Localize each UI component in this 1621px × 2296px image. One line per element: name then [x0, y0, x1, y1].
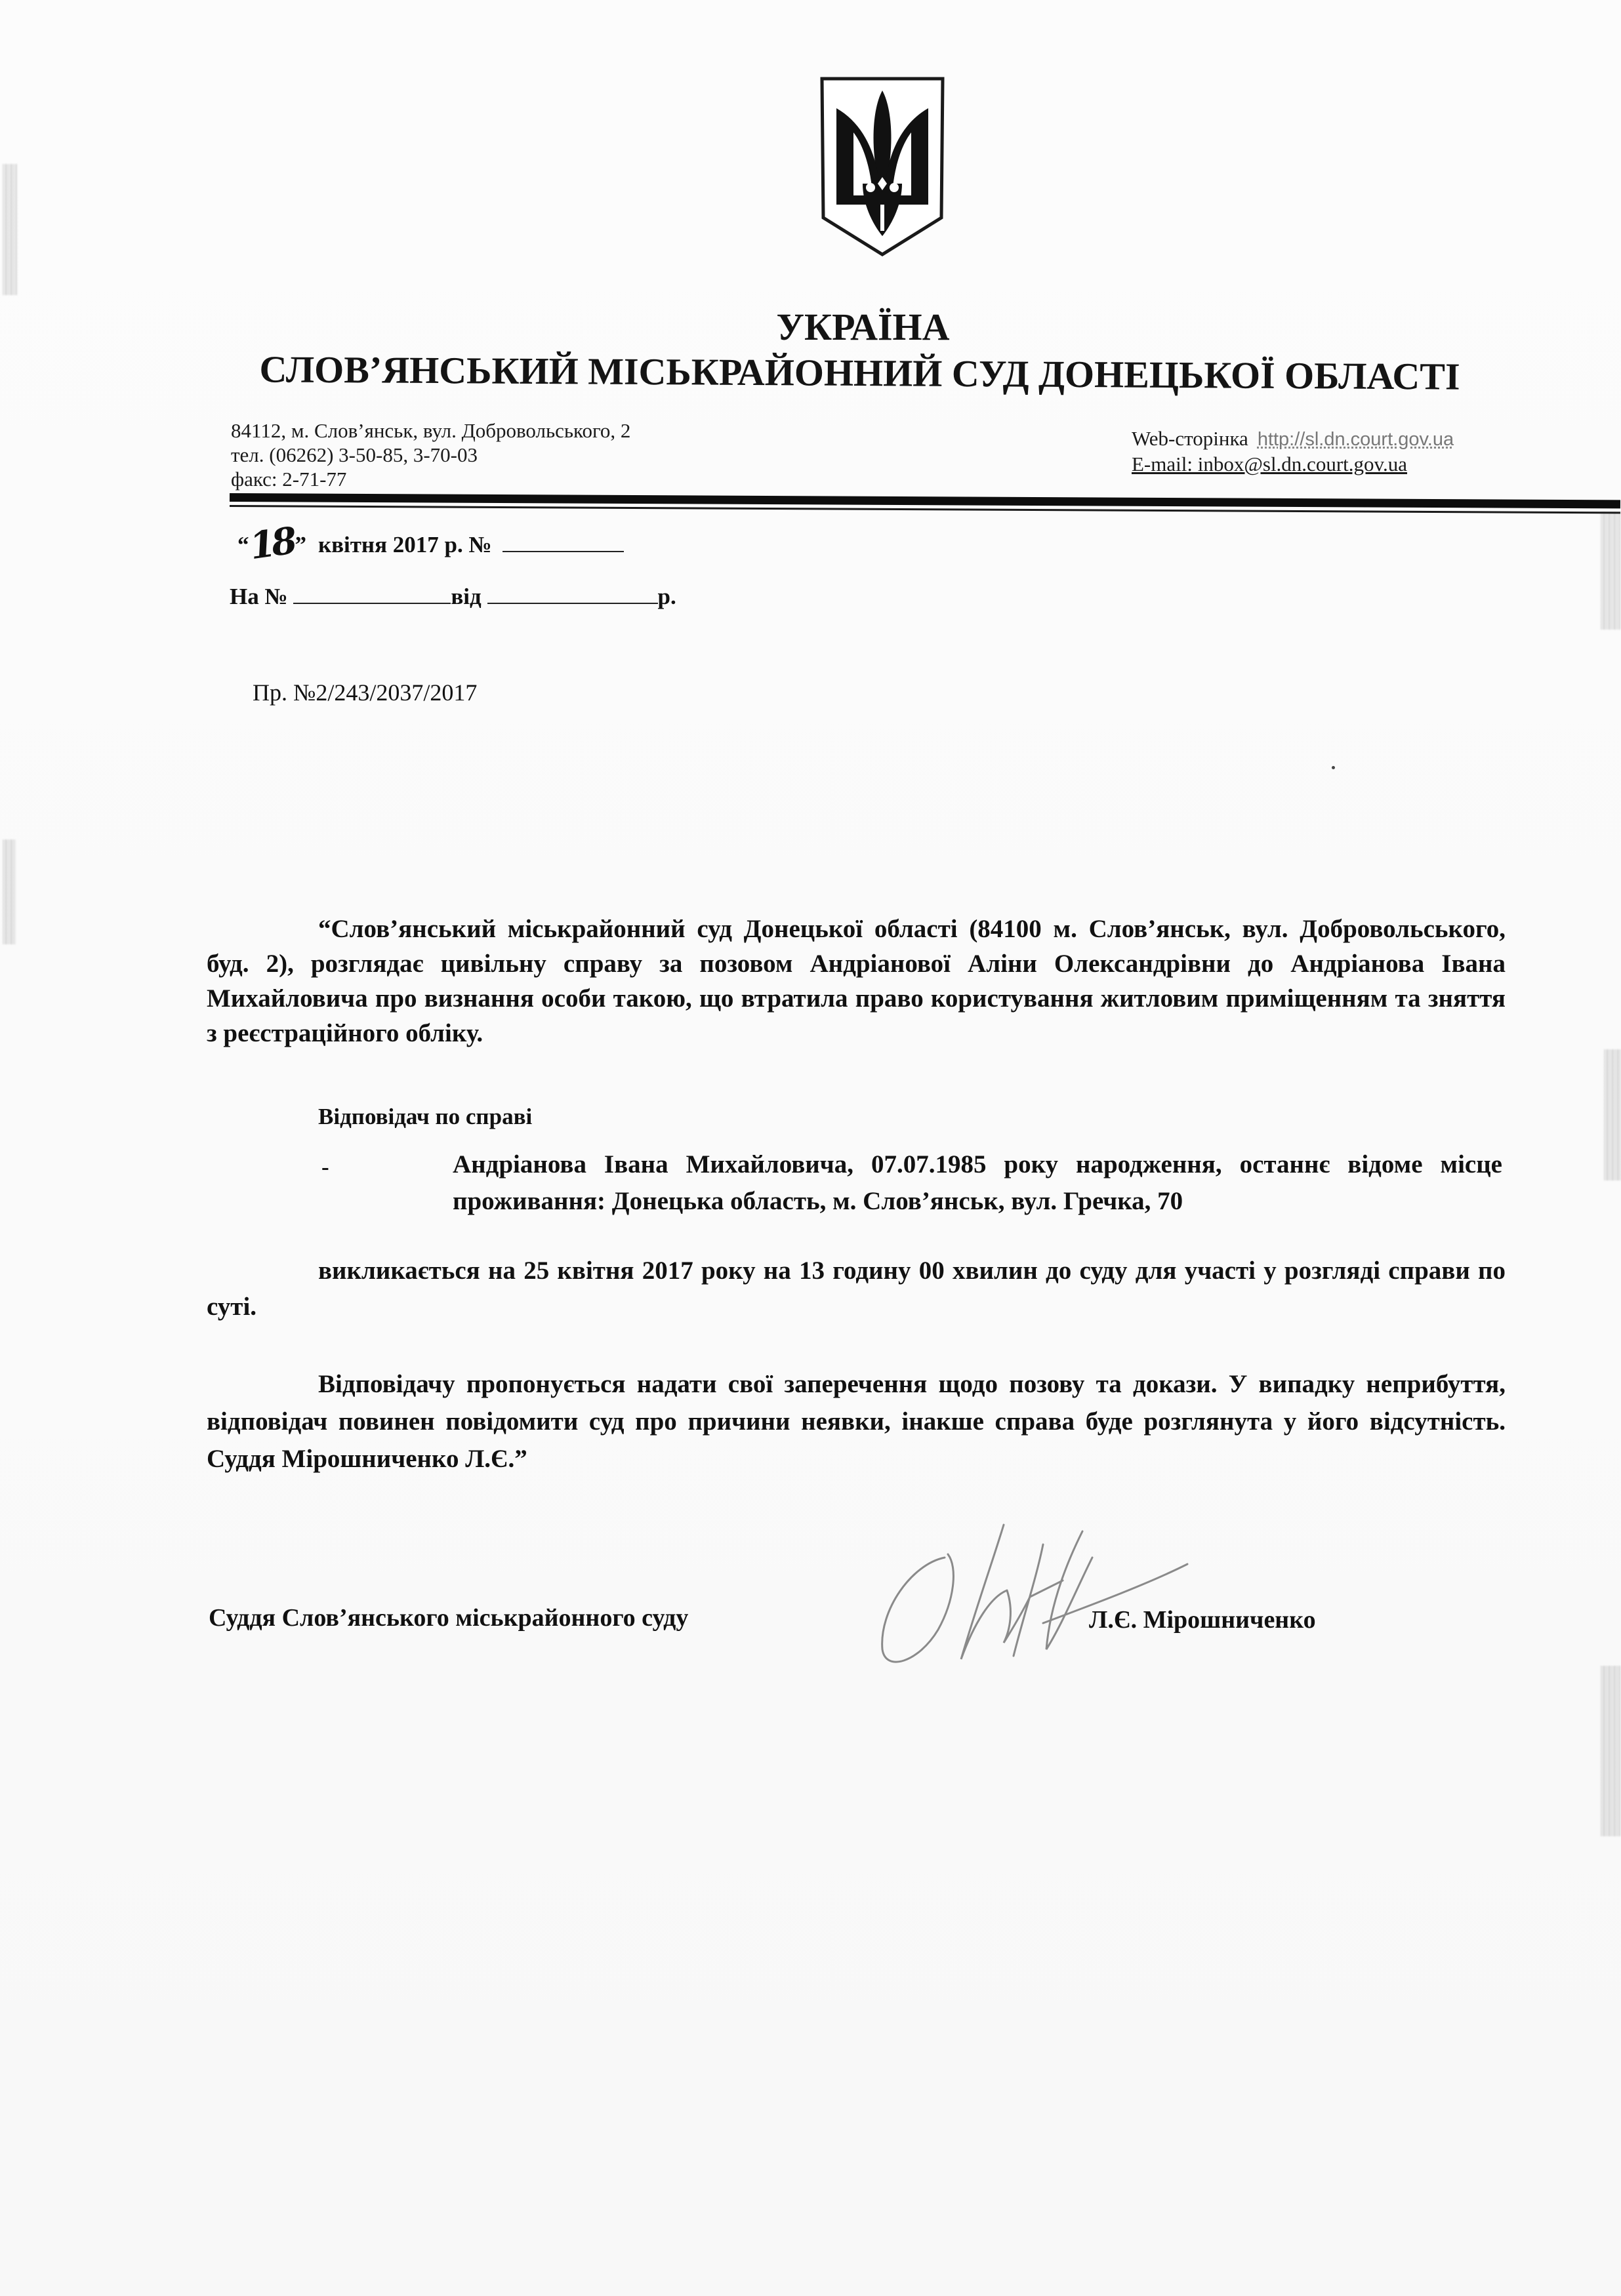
court-fax: факс: 2-71-77: [231, 467, 630, 491]
month-year: квітня 2017 р. №: [318, 532, 492, 557]
court-address: 84112, м. Слов’янськ, вул. Добровольсько…: [231, 418, 630, 443]
scan-artifact-right-top: [1601, 512, 1620, 630]
scan-artifact-right-mid: [1604, 1049, 1621, 1180]
reference-line: На № від р.: [230, 584, 676, 610]
email-link[interactable]: E-mail: inbox@sl.dn.court.gov.ua: [1132, 452, 1454, 476]
outgoing-number-blank: [503, 533, 624, 552]
letter-date-line: “18”квітня 2017 р. №: [237, 518, 624, 561]
body-paragraph-notice: Відповідачу пропонується надати свої зап…: [207, 1365, 1506, 1478]
judge-name: Л.Є. Мірошниченко: [1089, 1605, 1316, 1634]
scan-artifact-left-top: [3, 164, 17, 295]
ref-date-blank: [487, 584, 658, 604]
court-contacts: 84112, м. Слов’янськ, вул. Добровольсько…: [231, 418, 630, 491]
court-online-contacts: Web-сторінкаhttp://sl.dn.court.gov.ua E-…: [1132, 426, 1454, 476]
ref-prefix: На №: [230, 584, 288, 609]
handwritten-signature-icon: [846, 1518, 1253, 1669]
handwritten-day: 18: [247, 519, 295, 569]
defendant-label: Відповідач по справі: [318, 1104, 532, 1130]
stray-mark: [1332, 766, 1335, 769]
scan-artifact-left-mid: [3, 839, 16, 944]
scan-artifact-right-low: [1601, 1666, 1620, 1836]
country-heading: УКРАЇНА: [52, 305, 1621, 349]
summons-text: викликається на 25 квітня 2017 року на 1…: [207, 1253, 1506, 1325]
document-page: УКРАЇНА СЛОВ’ЯНСЬКИЙ МІСЬКРАЙОННИЙ СУД Д…: [0, 0, 1621, 2296]
defendant-details: Андріанова Івана Михайловича, 07.07.1985…: [453, 1146, 1502, 1220]
coat-of-arms-icon: [817, 72, 948, 262]
list-dash: -: [321, 1154, 329, 1180]
web-row: Web-сторінкаhttp://sl.dn.court.gov.ua: [1132, 426, 1454, 452]
case-number: Пр. №2/243/2037/2017: [253, 679, 477, 706]
close-quote: ”: [295, 532, 306, 557]
web-link[interactable]: http://sl.dn.court.gov.ua: [1258, 429, 1454, 450]
signatory-title: Суддя Слов’янського міськрайонного суду: [209, 1603, 688, 1632]
court-phone: тел. (06262) 3-50-85, 3-70-03: [231, 443, 630, 467]
ref-from: від: [451, 584, 481, 609]
ref-suffix: р.: [658, 584, 676, 609]
court-name-heading: СЛОВ’ЯНСЬКИЙ МІСЬКРАЙОННИЙ СУД ДОНЕЦЬКОЇ…: [49, 346, 1621, 399]
ref-number-blank: [293, 584, 451, 604]
web-label: Web-сторінка: [1132, 427, 1248, 450]
body-paragraph-case: “Слов’янський міськрайонний суд Донецько…: [207, 912, 1506, 1051]
open-quote: “: [237, 532, 249, 557]
